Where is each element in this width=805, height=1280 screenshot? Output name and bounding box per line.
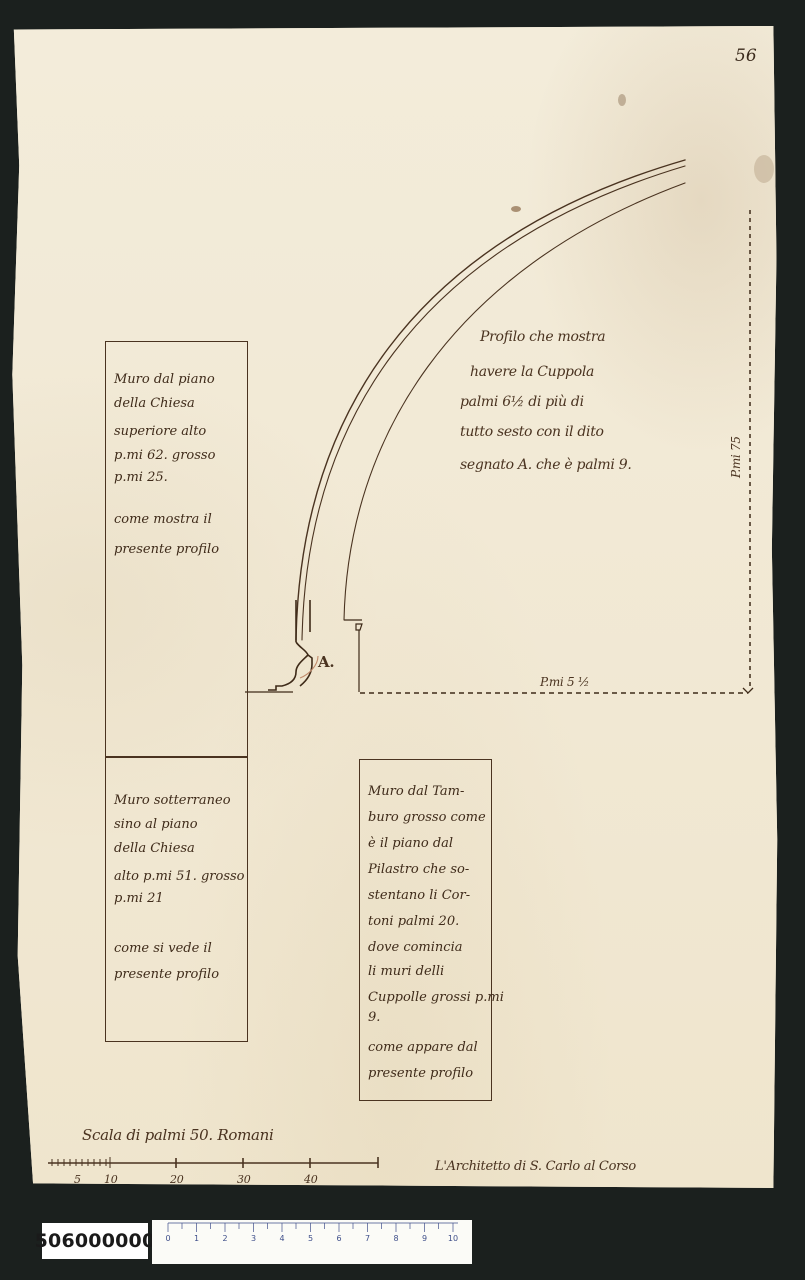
scale-caption: Scala di palmi 50. Romani (82, 1128, 274, 1143)
scale-bar (48, 1157, 378, 1168)
underground-wall-box: Muro sotterraneo sino al piano della Chi… (105, 756, 248, 1042)
archive-id-label: 506000000 (42, 1223, 148, 1259)
base-moulding-icon (268, 600, 318, 690)
ruler-ticks-icon (152, 1220, 472, 1234)
horizontal-dimension-label: P.mi 5 ½ (540, 676, 589, 688)
column-capital-icon (344, 620, 362, 692)
measurement-ruler: 0 1 2 3 4 5 6 7 8 9 10 (152, 1220, 472, 1264)
bottom-right-note: L'Architetto di S. Carlo al Corso (435, 1160, 636, 1173)
label-a: A. (318, 655, 334, 670)
drum-wall-box: Muro dal Tam- buro grosso come è il pian… (359, 759, 492, 1101)
wall-above-church-box: Muro dal piano della Chiesa superiore al… (105, 341, 248, 758)
vertical-dimension-label: P.mi 75 (730, 436, 742, 478)
